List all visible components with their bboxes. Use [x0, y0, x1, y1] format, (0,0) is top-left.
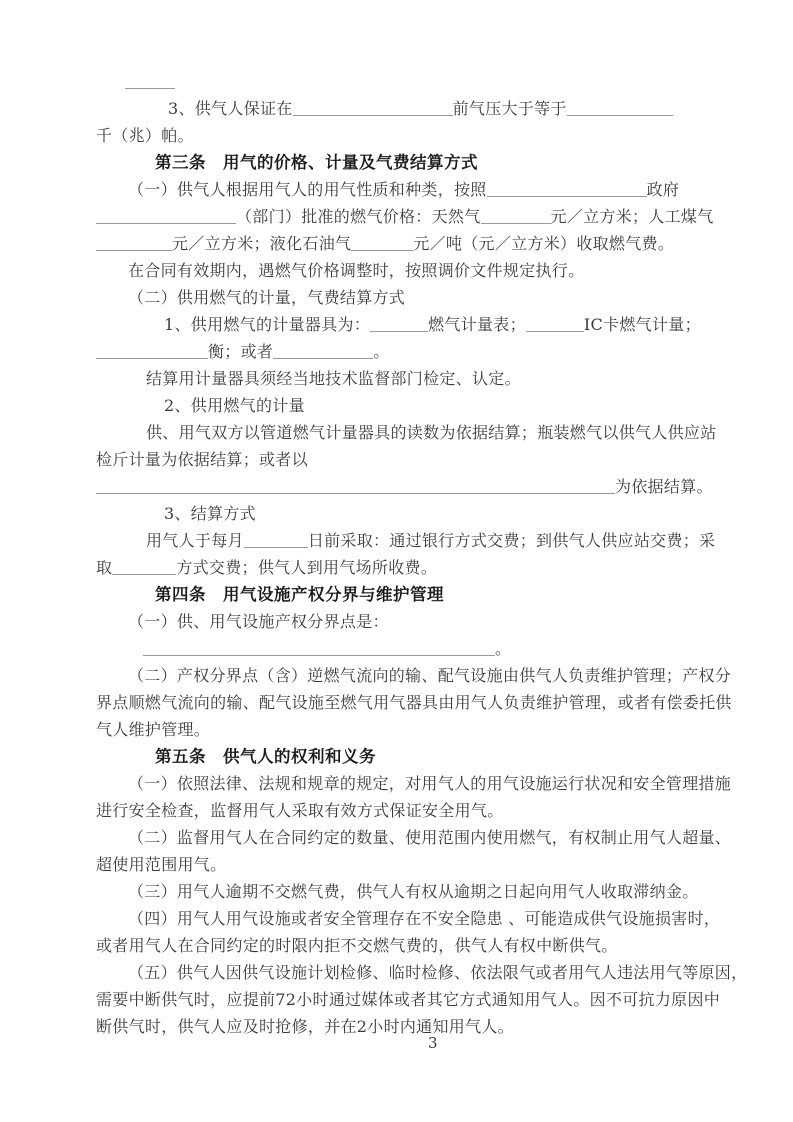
doc-row: （一）供气人根据用气人的用气性质和种类，按照政府 — [128, 176, 679, 203]
doc-row: 供、用气双方以管道燃气计量器具的读数为依据结算；瓶装燃气以供气人供应站 — [146, 419, 717, 446]
doc-text: 元／立方米；液化石油气 — [172, 234, 351, 253]
doc-row: 界点顺燃气流向的输、配气设施至燃气用气器具由用气人负责维护管理，或者有偿委托供 — [96, 689, 732, 716]
doc-row: 检斤计量为依据结算；或者以 — [96, 446, 308, 473]
doc-text: 政府 — [647, 180, 680, 199]
doc-row: 为依据结算。 — [96, 473, 713, 500]
doc-row: 或者用气人在合同约定的时限内拒不交燃气费的，供气人有权中断供气。 — [96, 932, 618, 959]
blank-field[interactable] — [143, 635, 495, 656]
blank-field[interactable] — [351, 230, 413, 251]
blank-field[interactable] — [293, 95, 453, 116]
doc-row: 需要中断供气时，应提前72小时通过媒体或者其它方式通知用气人。因不可抗力原因中 — [96, 986, 720, 1013]
doc-row: （三）用气人逾期不交燃气费，供气人有权从逾期之日起向用气人收取滞纳金。 — [128, 878, 699, 905]
doc-text: 3、供气人保证在 — [168, 99, 293, 118]
doc-row: 元／立方米；液化石油气元／吨（元／立方米）收取燃气费。 — [96, 230, 674, 257]
doc-row: （一）依照法律、法规和规章的规定，对用气人的用气设施运行状况和安全管理措施 — [128, 770, 731, 797]
doc-text: 元／立方米；人工煤气 — [551, 207, 714, 226]
doc-row — [125, 68, 175, 95]
doc-text: 用气人于每月 — [146, 531, 244, 550]
doc-row: 3、供气人保证在前气压大于等于 — [168, 95, 673, 122]
blank-field[interactable] — [526, 311, 584, 332]
doc-text: 2、供用燃气的计量 — [164, 396, 305, 415]
page-number: 3 — [428, 1030, 438, 1057]
doc-text: （二）产权分界点（含）逆燃气流向的输、配气设施由供气人负责维护管理；产权分 — [128, 666, 731, 685]
doc-row: 结算用计量器具须经当地技术监督部门检定、认定。 — [146, 365, 521, 392]
doc-row: 。 — [143, 635, 511, 662]
doc-text: （三）用气人逾期不交燃气费，供气人有权从逾期之日起向用气人收取滞纳金。 — [128, 882, 699, 901]
blank-field[interactable] — [96, 203, 236, 224]
doc-text: IC卡燃气计量； — [584, 315, 701, 334]
doc-text: 断供气时，供气人应及时抢修，并在2小时内通知用气人。 — [96, 1017, 514, 1036]
doc-text: （一）供气人根据用气人的用气性质和种类，按照 — [128, 180, 487, 199]
doc-row: 取方式交费；供气人到用气场所收费。 — [96, 554, 437, 581]
doc-text: （一）依照法律、法规和规章的规定，对用气人的用气设施运行状况和安全管理措施 — [128, 774, 731, 793]
doc-row: （二）监督用气人在合同约定的数量、使用范围内使用燃气，有权制止用气人超量、 — [128, 824, 731, 851]
doc-text: 进行安全检查，监督用气人采取有效方式保证安全用气。 — [96, 801, 504, 820]
doc-text: （四）用气人用气设施或者安全管理存在不安全隐患 、可能造成供气设施损害时， — [128, 909, 720, 928]
blank-field[interactable] — [487, 176, 647, 197]
doc-text: （五）供气人因供气设施计划检修、临时检修、依法限气或者用气人违法用气等原因， — [128, 963, 747, 982]
doc-text: 第三条 用气的价格、计量及气费结算方式 — [155, 153, 478, 172]
doc-text: 在合同有效期内，遇燃气价格调整时，按照调价文件规定执行。 — [128, 261, 584, 280]
doc-row: 气人维护管理。 — [96, 716, 210, 743]
doc-row: 超使用范围用气。 — [96, 851, 226, 878]
doc-text: 为依据结算。 — [615, 477, 713, 496]
blank-field[interactable] — [273, 338, 373, 359]
doc-text: 燃气计量表； — [428, 315, 526, 334]
doc-row: （二）供用燃气的计量，气费结算方式 — [128, 284, 405, 311]
document-page: { "page": { "number": "3" }, "colors": {… — [0, 0, 793, 1122]
doc-row: （四）用气人用气设施或者安全管理存在不安全隐患 、可能造成供气设施损害时， — [128, 905, 720, 932]
doc-row: 千（兆）帕。 — [96, 122, 194, 149]
doc-text: 3、结算方式 — [164, 504, 256, 523]
section-heading: 第五条 供气人的权利和义务 — [155, 743, 376, 770]
doc-text: 1、供用燃气的计量器具为： — [164, 315, 370, 334]
doc-text: 结算用计量器具须经当地技术监督部门检定、认定。 — [146, 369, 521, 388]
doc-row: 1、供用燃气的计量器具为：燃气计量表；IC卡燃气计量； — [164, 311, 701, 338]
section-heading: 第四条 用气设施产权分界与维护管理 — [155, 581, 444, 608]
doc-text: 或者用气人在合同约定的时限内拒不交燃气费的，供气人有权中断供气。 — [96, 936, 618, 955]
doc-text: （二）供用燃气的计量，气费结算方式 — [128, 288, 405, 307]
doc-text: 元／吨（元／立方米）收取燃气费。 — [413, 234, 674, 253]
doc-text: 前气压大于等于 — [453, 99, 567, 118]
doc-text: 检斤计量为依据结算；或者以 — [96, 450, 308, 469]
blank-field[interactable] — [567, 95, 673, 116]
section-heading: 第三条 用气的价格、计量及气费结算方式 — [155, 149, 478, 176]
doc-row: 进行安全检查，监督用气人采取有效方式保证安全用气。 — [96, 797, 504, 824]
doc-text: 第四条 用气设施产权分界与维护管理 — [155, 585, 444, 604]
doc-row: 用气人于每月日前采取：通过银行方式交费；到供气人供应站交费；采 — [146, 527, 715, 554]
doc-text: 界点顺燃气流向的输、配气设施至燃气用气器具由用气人负责维护管理，或者有偿委托供 — [96, 693, 732, 712]
doc-row: （二）产权分界点（含）逆燃气流向的输、配气设施由供气人负责维护管理；产权分 — [128, 662, 731, 689]
document-body: 3、供气人保证在前气压大于等于千（兆）帕。第三条 用气的价格、计量及气费结算方式… — [0, 0, 793, 1122]
doc-row: （五）供气人因供气设施计划检修、临时检修、依法限气或者用气人违法用气等原因， — [128, 959, 747, 986]
doc-row: 断供气时，供气人应及时抢修，并在2小时内通知用气人。 — [96, 1013, 514, 1040]
doc-text: （部门）批准的燃气价格：天然气 — [236, 207, 481, 226]
doc-text: 第五条 供气人的权利和义务 — [155, 747, 376, 766]
doc-row: 在合同有效期内，遇燃气价格调整时，按照调价文件规定执行。 — [128, 257, 584, 284]
doc-row: （部门）批准的燃气价格：天然气元／立方米；人工煤气 — [96, 203, 714, 230]
doc-text: 气人维护管理。 — [96, 720, 210, 739]
blank-field[interactable] — [96, 230, 172, 251]
doc-text: 超使用范围用气。 — [96, 855, 226, 874]
doc-text: 千（兆）帕。 — [96, 126, 194, 145]
blank-field[interactable] — [96, 473, 615, 494]
blank-field[interactable] — [370, 311, 428, 332]
blank-field[interactable] — [481, 203, 551, 224]
doc-text: 。 — [495, 639, 511, 658]
doc-row: 衡；或者。 — [96, 338, 390, 365]
blank-field[interactable] — [112, 554, 176, 575]
doc-row: 2、供用燃气的计量 — [164, 392, 305, 419]
blank-field[interactable] — [96, 338, 208, 359]
doc-text: 衡；或者 — [208, 342, 273, 361]
doc-text: 日前采取：通过银行方式交费；到供气人供应站交费；采 — [308, 531, 716, 550]
doc-text: 方式交费；供气人到用气场所收费。 — [176, 558, 437, 577]
blank-field[interactable] — [244, 527, 308, 548]
doc-text: （二）监督用气人在合同约定的数量、使用范围内使用燃气，有权制止用气人超量、 — [128, 828, 731, 847]
doc-text: 供、用气双方以管道燃气计量器具的读数为依据结算；瓶装燃气以供气人供应站 — [146, 423, 717, 442]
blank-field[interactable] — [125, 68, 175, 89]
doc-text: 需要中断供气时，应提前72小时通过媒体或者其它方式通知用气人。因不可抗力原因中 — [96, 990, 720, 1009]
doc-text: （一）供、用气设施产权分界点是： — [128, 612, 389, 631]
doc-row: 3、结算方式 — [164, 500, 256, 527]
doc-row: （一）供、用气设施产权分界点是： — [128, 608, 389, 635]
doc-text: 取 — [96, 558, 112, 577]
doc-text: 。 — [373, 342, 389, 361]
